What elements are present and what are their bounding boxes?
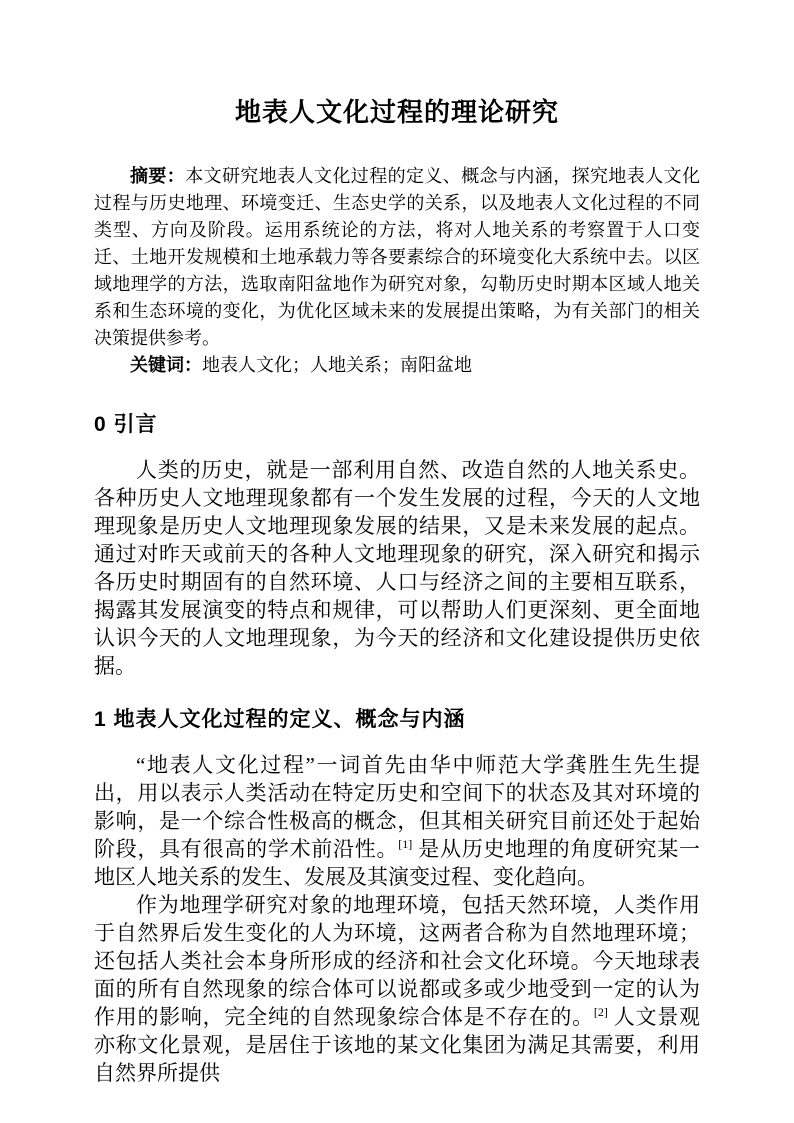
keywords-paragraph: 关键词：地表人文化；人地关系；南阳盆地 [94,352,700,379]
paper-title: 地表人文化过程的理论研究 [94,95,700,129]
citation-ref-2: [2] [594,1005,608,1019]
abstract-text: 本文研究地表人文化过程的定义、概念与内涵，探究地表人文化过程与历史地理、环境变迁… [94,166,700,348]
document-page: 地表人文化过程的理论研究 摘要：本文研究地表人文化过程的定义、概念与内涵，探究地… [0,0,794,1123]
abstract-label: 摘要： [130,166,185,186]
abstract-paragraph: 摘要：本文研究地表人文化过程的定义、概念与内涵，探究地表人文化过程与历史地理、环… [94,163,700,352]
keywords-text: 地表人文化；人地关系；南阳盆地 [202,355,472,375]
section1-paragraph-1: “地表人文化过程”一词首先由华中师范大学龚胜生先生提出，用以表示人类活动在特定历… [94,751,700,891]
paragraph-text: 人类的历史，就是一部利用自然、改造自然的人地关系史。各种历史人文地理现象都有一个… [94,458,700,678]
intro-paragraph: 人类的历史，就是一部利用自然、改造自然的人地关系史。各种历史人文地理现象都有一个… [94,456,700,680]
section-heading-definition: 1 地表人文化过程的定义、概念与内涵 [94,706,700,733]
citation-ref-1: [1] [398,837,412,851]
section1-paragraph-2: 作为地理学研究对象的地理环境，包括天然环境，人类作用于自然界后发生变化的人为环境… [94,891,700,1087]
keywords-label: 关键词： [130,355,202,375]
section-heading-introduction: 0 引言 [94,411,700,438]
